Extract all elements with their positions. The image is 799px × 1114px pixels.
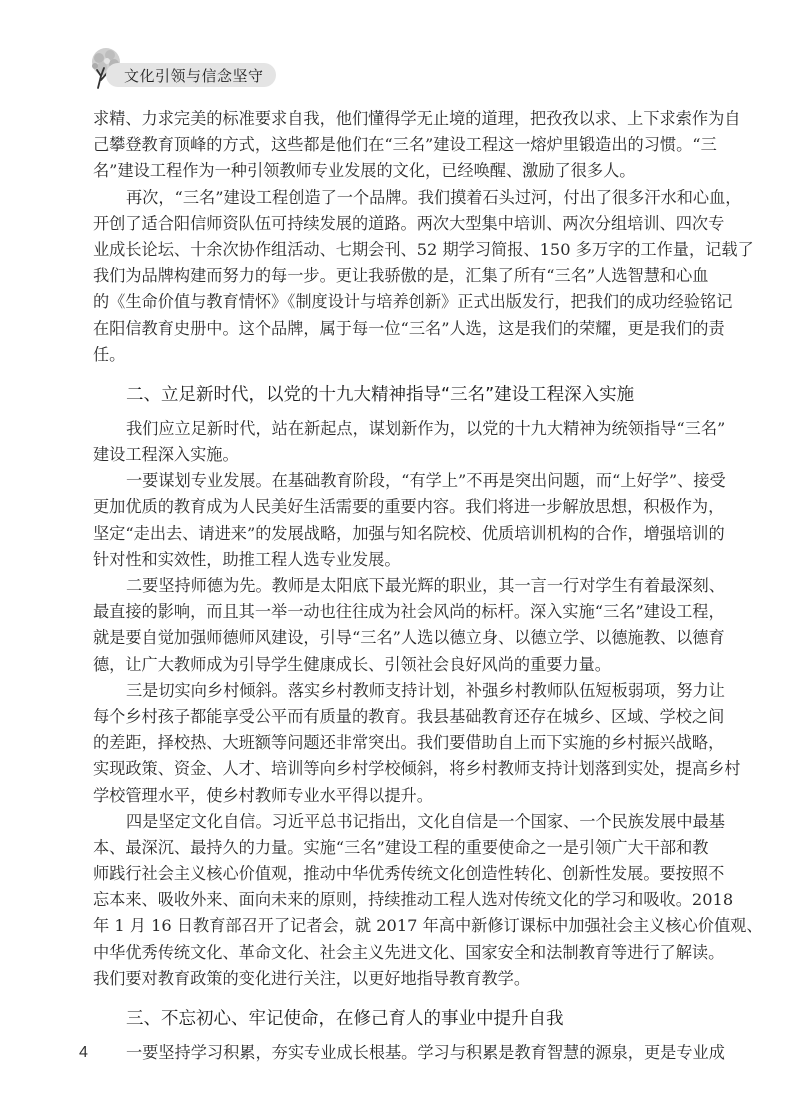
text-line: 我们要对教育政策的变化进行关注，以更好地指导教育教学。 xyxy=(93,966,693,992)
text-line: 的差距，择校热、大班额等问题还非常突出。我们要借助自上而下实施的乡村振兴战略， xyxy=(93,730,693,756)
text-line: 己攀登教育顶峰的方式，这些都是他们在“三名”建设工程这一熔炉里锻造出的习惯。“三 xyxy=(93,132,693,158)
text-line: 我们为品牌构建而努力的每一步。更让我骄傲的是，汇集了所有“三名”人选智慧和心血 xyxy=(93,263,693,289)
text-line: 坚定“走出去、请进来”的发展战略，加强与知名院校、优质培训机构的合作，增强培训的 xyxy=(93,521,693,547)
text-line: 任。 xyxy=(93,342,693,368)
text-line: 我们应立足新时代，站在新起点，谋划新作为，以党的十九大精神为统领指导“三名” xyxy=(93,416,693,442)
text-line: 求精、力求完美的标准要求自我，他们懂得学无止境的道理，把孜孜以求、上下求索作为自 xyxy=(93,106,693,132)
page-body: 求精、力求完美的标准要求自我，他们懂得学无止境的道理，把孜孜以求、上下求索作为自… xyxy=(93,106,693,1066)
page-number: 4 xyxy=(79,1044,88,1062)
paragraph: 一要谋划专业发展。在基础教育阶段，“有学上”不再是突出问题，而“上好学”、接受更… xyxy=(93,468,693,573)
text-line: 德，让广大教师成为引导学生健康成长、引领社会良好风尚的重要力量。 xyxy=(93,652,693,678)
text-line: 在阳信教育史册中。这个品牌，属于每一位“三名”人选，这是我们的荣耀，更是我们的责 xyxy=(93,316,693,342)
paragraph: 二要坚持师德为先。教师是太阳底下最光辉的职业，其一言一行对学生有着最深刻、最直接… xyxy=(93,573,693,678)
text-line: 四是坚定文化自信。习近平总书记指出，文化自信是一个国家、一个民族发展中最基 xyxy=(93,809,693,835)
section-heading: 二、立足新时代，以党的十九大精神指导“三名”建设工程深入实施 xyxy=(93,382,693,408)
text-line: 二要坚持师德为先。教师是太阳底下最光辉的职业，其一言一行对学生有着最深刻、 xyxy=(93,573,693,599)
text-line: 再次，“三名”建设工程创造了一个品牌。我们摸着石头过河，付出了很多汗水和心血， xyxy=(93,185,693,211)
text-line: 更加优质的教育成为人民美好生活需要的重要内容。我们将进一步解放思想，积极作为， xyxy=(93,494,693,520)
paragraph: 三是切实向乡村倾斜。落实乡村教师支持计划，补强乡村教师队伍短板弱项，努力让每个乡… xyxy=(93,678,693,809)
text-line: 就是要自觉加强师德师风建设，引导“三名”人选以德立身、以德立学、以德施教、以德育 xyxy=(93,625,693,651)
paragraph: 一要坚持学习积累，夯实专业成长根基。学习与积累是教育智慧的源泉，更是专业成 xyxy=(93,1040,693,1066)
text-line: 中华优秀传统文化、革命文化、社会主义先进文化、国家安全和法制教育等进行了解读。 xyxy=(93,940,693,966)
text-line: 每个乡村孩子都能享受公平而有质量的教育。我县基础教育还存在城乡、区域、学校之间 xyxy=(93,704,693,730)
paragraph: 再次，“三名”建设工程创造了一个品牌。我们摸着石头过河，付出了很多汗水和心血，开… xyxy=(93,185,693,368)
text-line: 的《生命价值与教育情怀》《制度设计与培养创新》正式出版发行，把我们的成功经验铭记 xyxy=(93,289,693,315)
text-line: 最直接的影响，而且其一举一动也往往成为社会风尚的标杆。深入实施“三名”建设工程， xyxy=(93,599,693,625)
text-line: 年 1 月 16 日教育部召开了记者会，就 2017 年高中新修订课标中加强社会… xyxy=(93,913,693,939)
text-line: 实现政策、资金、人才、培训等向乡村学校倾斜，将乡村教师支持计划落到实处，提高乡村 xyxy=(93,756,693,782)
text-line: 一要谋划专业发展。在基础教育阶段，“有学上”不再是突出问题，而“上好学”、接受 xyxy=(93,468,693,494)
paragraph: 我们应立足新时代，站在新起点，谋划新作为，以党的十九大精神为统领指导“三名”建设… xyxy=(93,416,693,468)
running-header: 文化引领与信念坚守 xyxy=(84,46,344,90)
text-line: 忘本来、吸收外来、面向未来的原则，持续推动工程人选对传统文化的学习和吸收。201… xyxy=(93,887,693,913)
text-line: 三是切实向乡村倾斜。落实乡村教师支持计划，补强乡村教师队伍短板弱项，努力让 xyxy=(93,678,693,704)
text-line: 本、最深沉、最持久的力量。实施“三名”建设工程的重要使命之一是引领广大干部和教 xyxy=(93,835,693,861)
paragraph: 四是坚定文化自信。习近平总书记指出，文化自信是一个国家、一个民族发展中最基本、最… xyxy=(93,809,693,992)
text-line: 师践行社会主义核心价值观，推动中华优秀传统文化创造性转化、创新性发展。要按照不 xyxy=(93,861,693,887)
text-line: 一要坚持学习积累，夯实专业成长根基。学习与积累是教育智慧的源泉，更是专业成 xyxy=(93,1040,693,1066)
text-line: 学校管理水平，使乡村教师专业水平得以提升。 xyxy=(93,783,693,809)
text-line: 针对性和实效性，助推工程人选专业发展。 xyxy=(93,547,693,573)
text-line: 开创了适合阳信师资队伍可持续发展的道路。两次大型集中培训、两次分组培训、四次专 xyxy=(93,211,693,237)
book-title: 文化引领与信念坚守 xyxy=(124,65,264,86)
text-line: 建设工程深入实施。 xyxy=(93,442,693,468)
text-line: 名”建设工程作为一种引领教师专业发展的文化，已经唤醒、激励了很多人。 xyxy=(93,158,693,184)
paragraph: 求精、力求完美的标准要求自我，他们懂得学无止境的道理，把孜孜以求、上下求索作为自… xyxy=(93,106,693,185)
text-line: 业成长论坛、十余次协作组活动、七期会刊、52 期学习简报、150 多万字的工作量… xyxy=(93,237,693,263)
section-heading: 三、不忘初心、牢记使命，在修己育人的事业中提升自我 xyxy=(93,1006,693,1032)
